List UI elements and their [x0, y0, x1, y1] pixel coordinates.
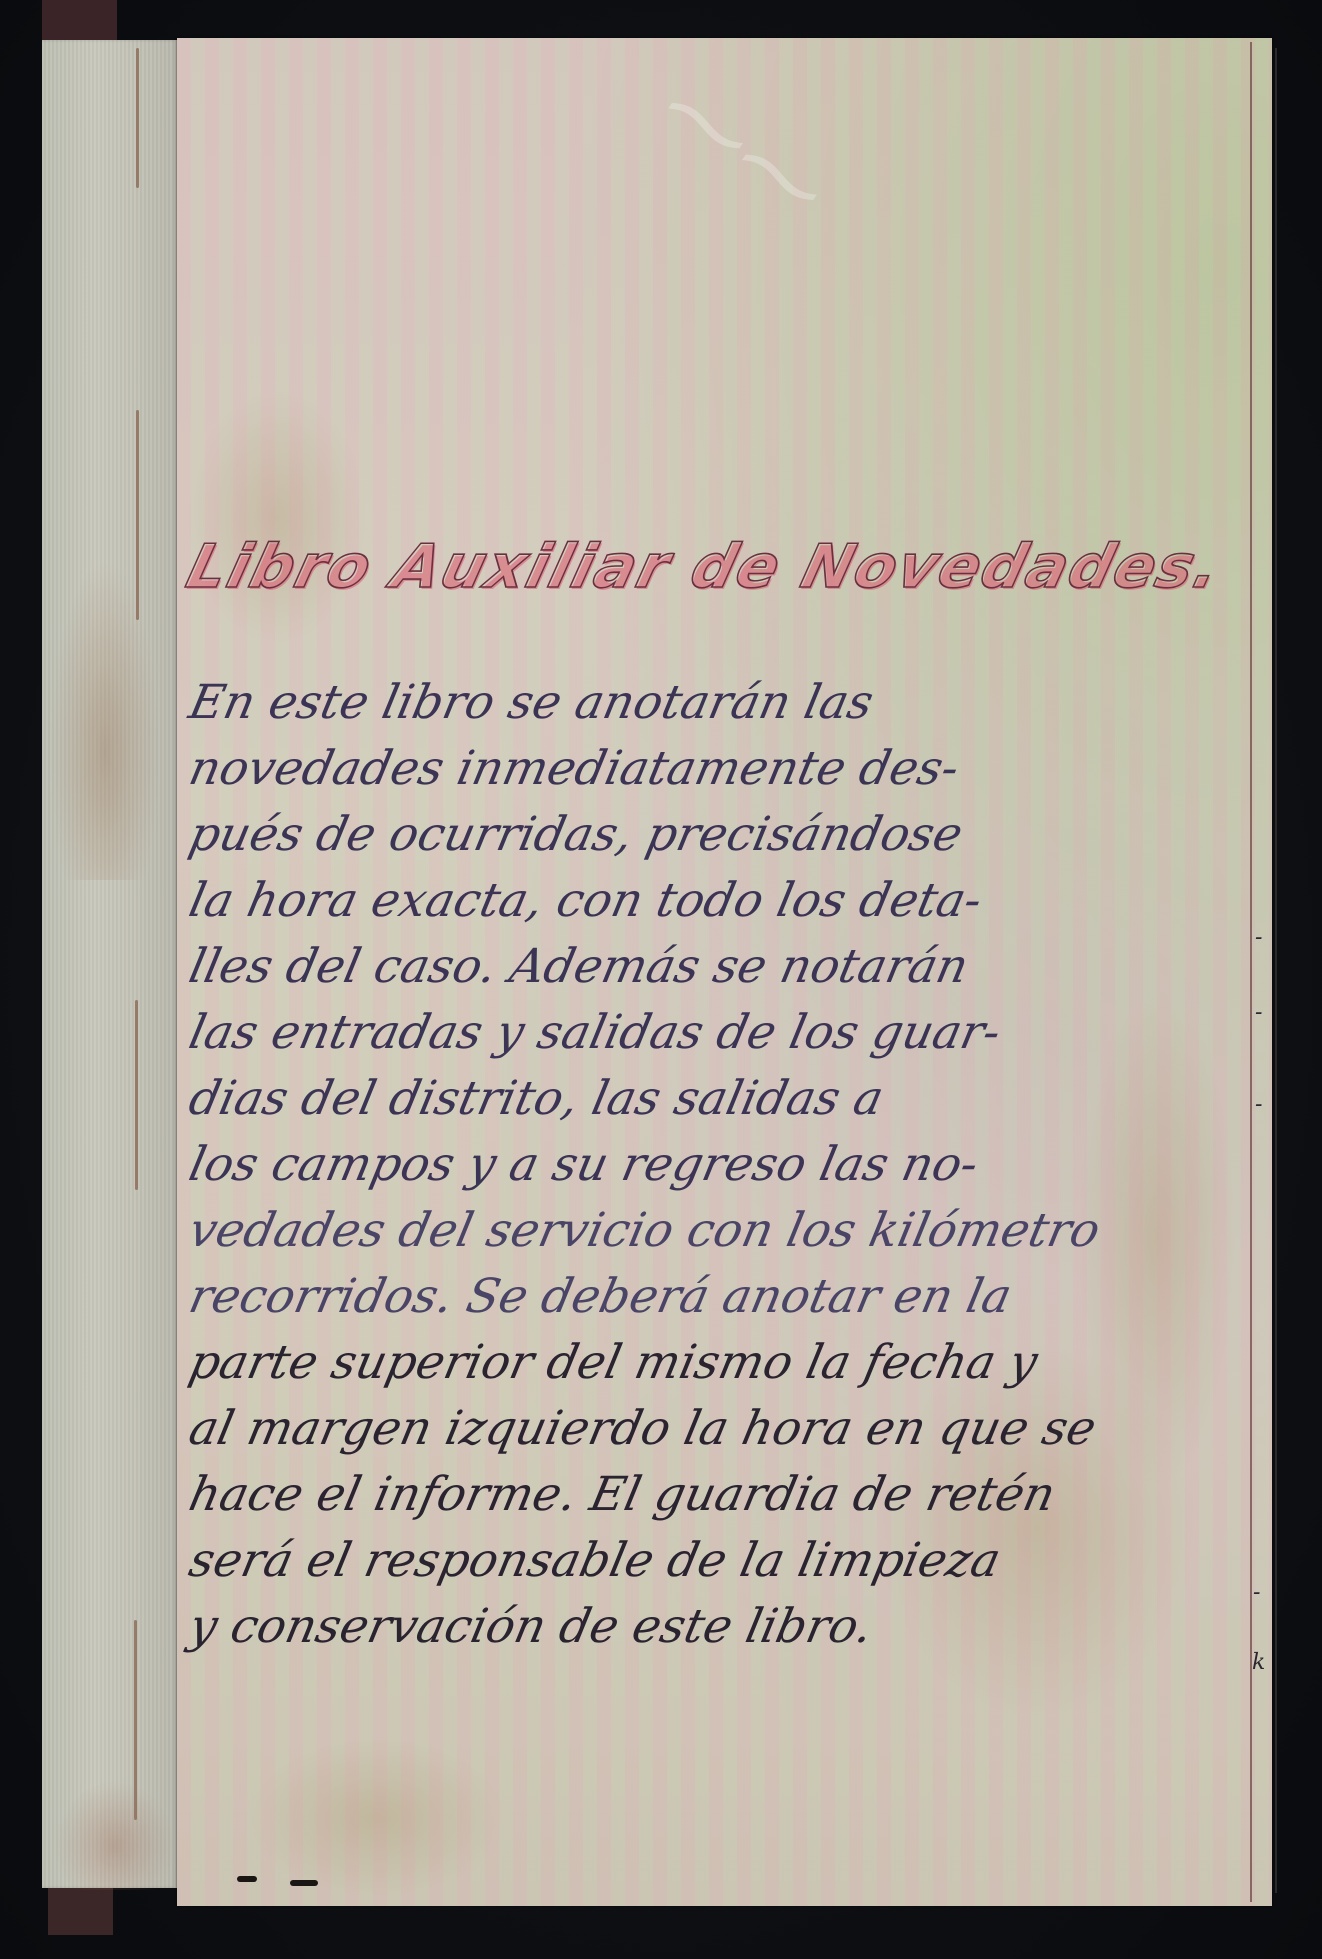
spine-stain	[50, 560, 160, 880]
text-line: será el responsable de la limpieza	[183, 1528, 1267, 1594]
manuscript-body: En este libro se anotarán las novedades …	[183, 670, 1253, 1660]
margin-tick-mark: -	[1255, 925, 1262, 950]
text-line: los campos y a su regreso las no-	[183, 1132, 1267, 1198]
binding-stitch	[136, 48, 139, 188]
text-line: recorridos. Se deberá anotar en la	[183, 1264, 1267, 1330]
text-line: pués de ocurridas, precisándose	[183, 802, 1267, 868]
paper-damage-mark	[237, 1876, 257, 1882]
paper-stain	[187, 388, 367, 648]
margin-tick-mark: -	[1255, 1000, 1262, 1025]
text-line: y conservación de este libro.	[183, 1594, 1267, 1660]
margin-tick-mark: k	[1252, 1650, 1265, 1675]
margin-tick-mark: -	[1255, 1092, 1262, 1117]
text-line: vedades del servicio con los kilómetro	[183, 1198, 1267, 1264]
cover-corner-bottom	[48, 1885, 113, 1935]
paper-stain	[247, 1738, 507, 1898]
text-line: al margen izquierdo la hora en que se	[183, 1396, 1267, 1462]
book-spine-cloth	[42, 40, 177, 1888]
text-line: parte superior del mismo la fecha y	[183, 1330, 1267, 1396]
text-line: novedades inmediatamente des-	[183, 736, 1267, 802]
text-line: la hora exacta, con todo los deta-	[183, 868, 1267, 934]
binding-stitch	[134, 1620, 137, 1820]
page-edge-line	[1275, 48, 1277, 1893]
margin-tick-mark: -	[1253, 1580, 1260, 1605]
paper-damage-mark	[290, 1880, 318, 1886]
binding-stitch	[136, 410, 139, 620]
text-line: hace el informe. El guardia de retén	[183, 1462, 1267, 1528]
text-line: las entradas y salidas de los guar-	[183, 1000, 1267, 1066]
spine-stain	[55, 1780, 175, 1890]
text-line: En este libro se anotarán las	[183, 670, 1267, 736]
text-line: dias del distrito, las salidas a	[183, 1066, 1267, 1132]
text-line: lles del caso. Además se notarán	[183, 934, 1267, 1000]
page-title: Libro Auxiliar de Novedades.	[180, 532, 1237, 602]
cover-corner-top	[42, 0, 117, 40]
binding-stitch	[135, 1000, 138, 1190]
